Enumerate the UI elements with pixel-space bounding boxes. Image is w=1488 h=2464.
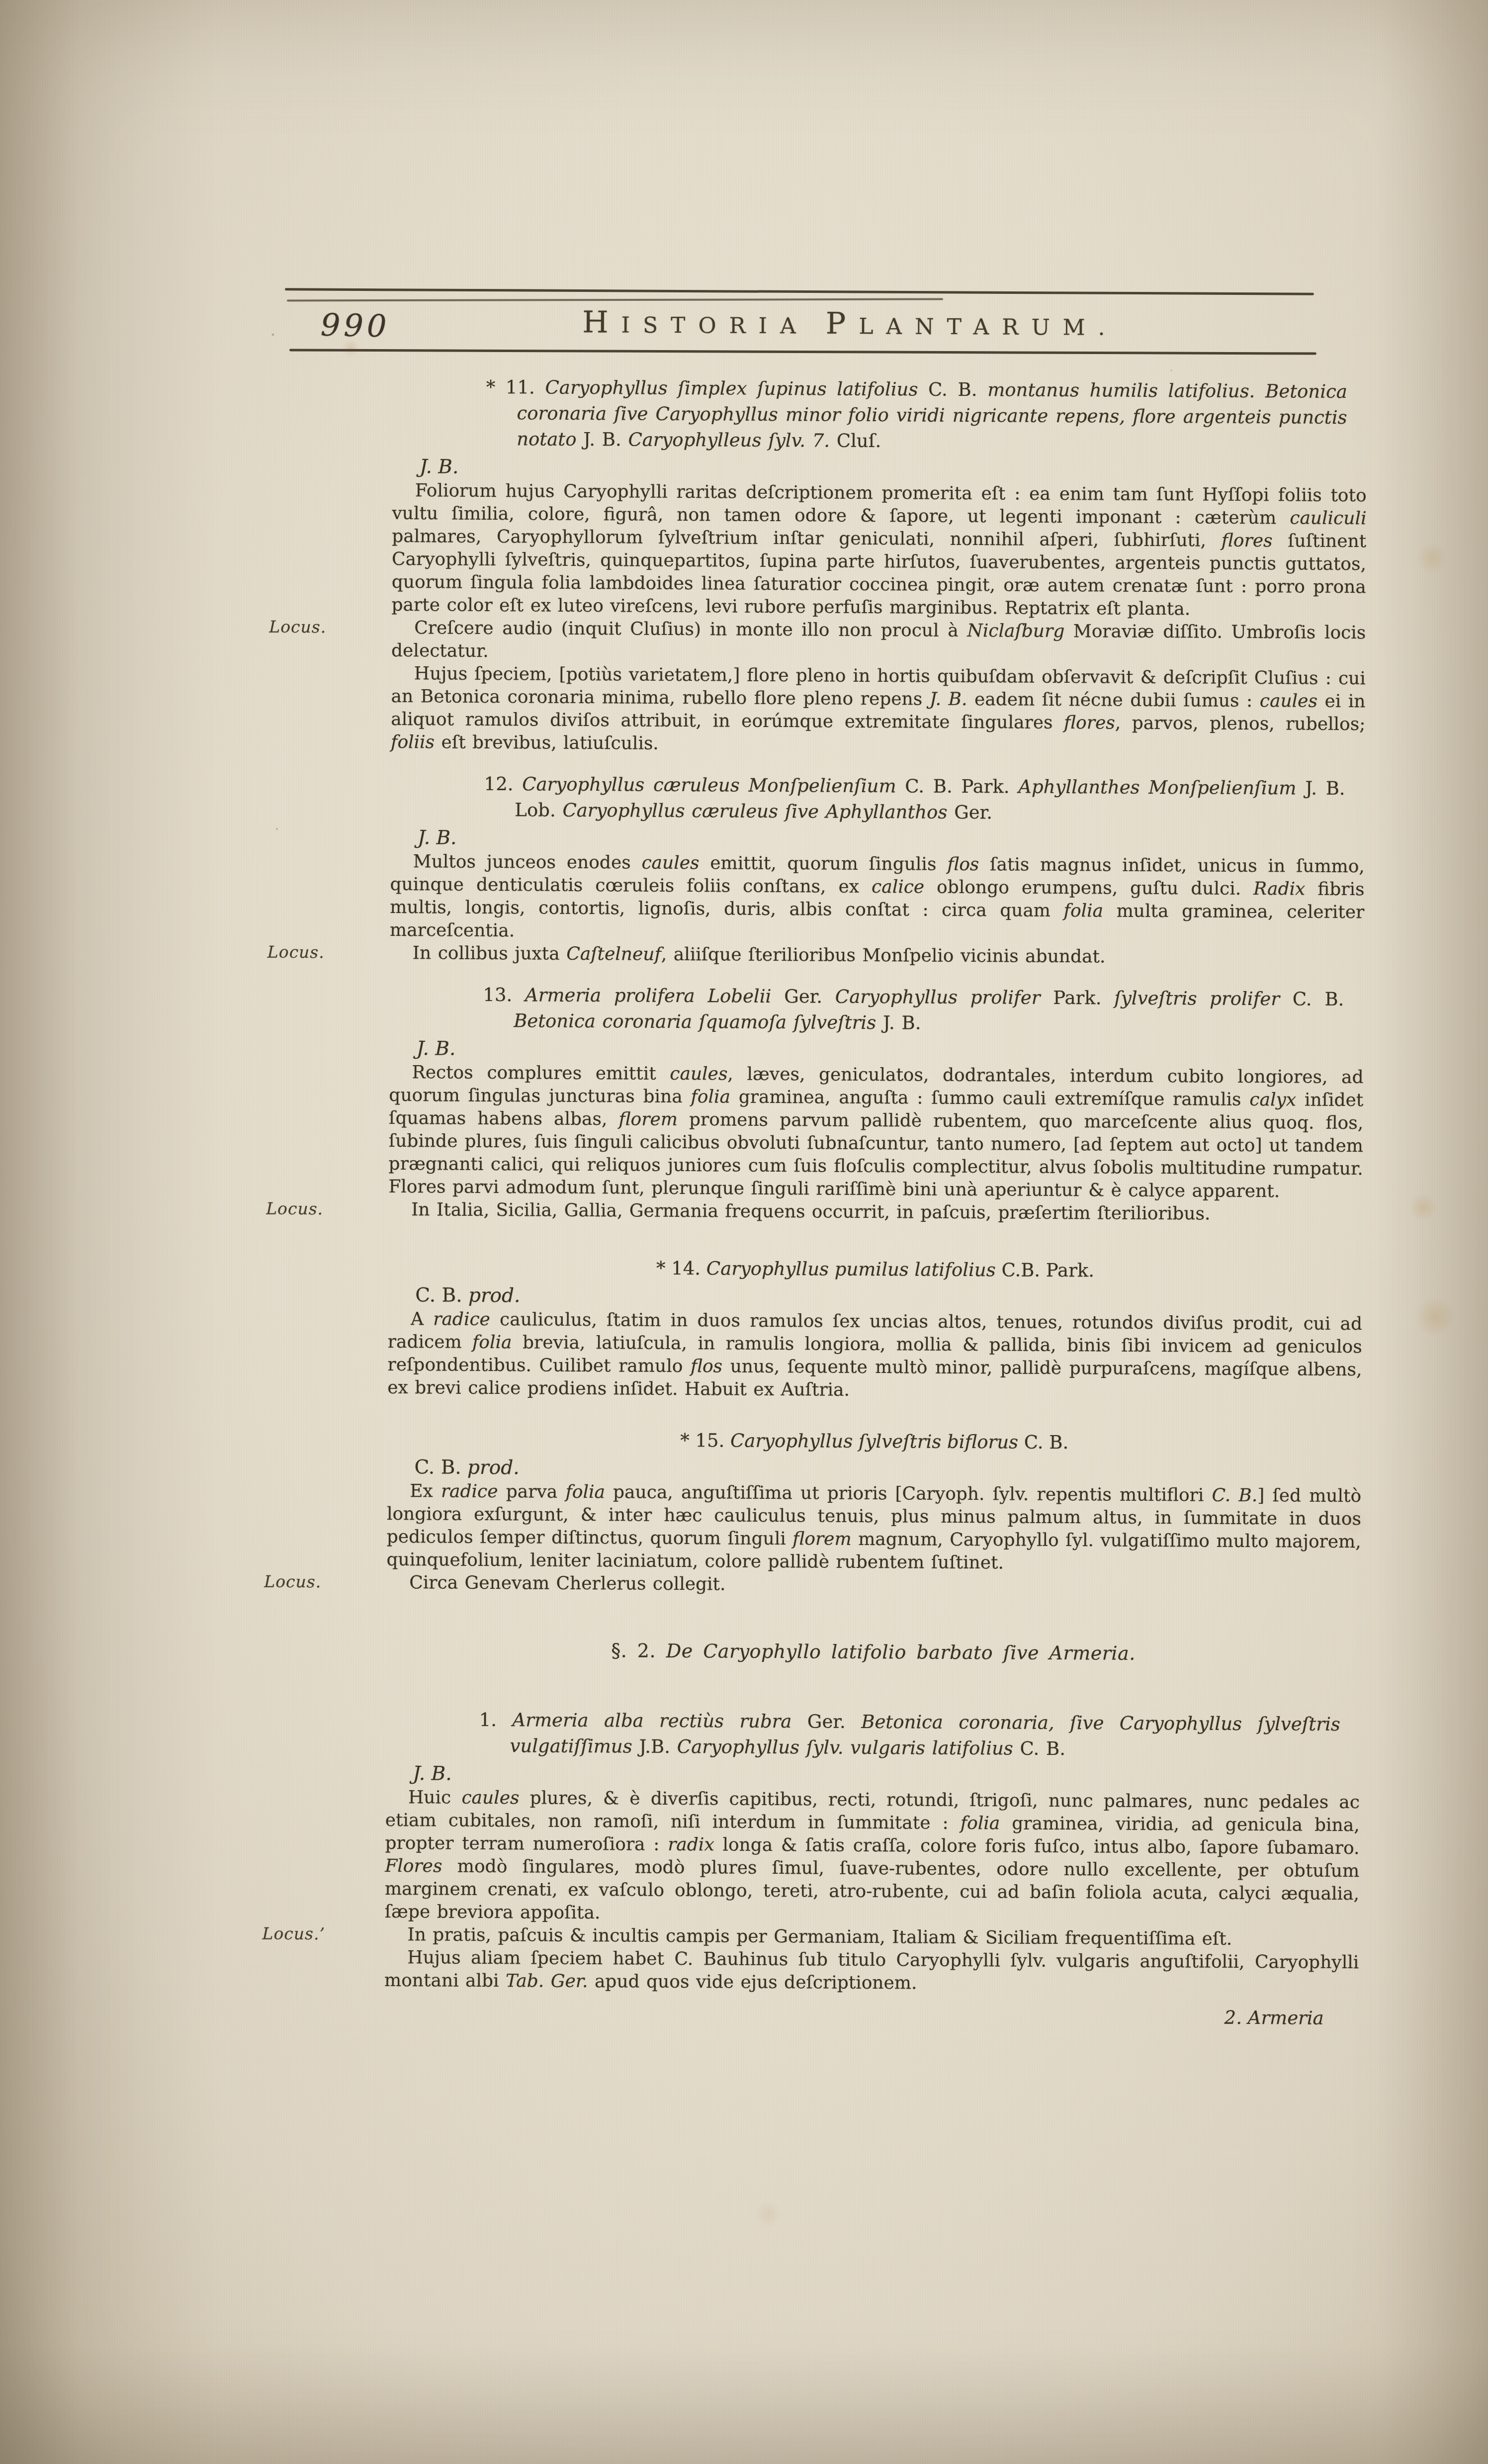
section-heading-2: §. 2. De Caryophyllo latifolio barbato ſ…	[386, 1636, 1360, 1668]
species-heading-14: * 14. Caryophyllus pumilus latifolius C.…	[388, 1254, 1362, 1285]
catchword: 2. Armeria	[384, 2002, 1359, 2030]
margin-note-locus-4: Locus.	[264, 1572, 373, 1592]
paragraph-description-15: Ex radice parva folia pauca, anguſtiſſim…	[386, 1480, 1361, 1576]
running-title: HISTORIA PLANTARUM.	[497, 304, 1203, 343]
paragraph-locus-13: Locus. In Italia, Sicilia, Gallia, Germa…	[388, 1198, 1363, 1226]
margin-note-locus-3: Locus.	[266, 1199, 375, 1219]
header-rule-bottom	[289, 349, 1316, 355]
paragraph-variety-11: Hujus ſpeciem, [potiùs varietatem,] flor…	[391, 662, 1366, 759]
ref-label-cbprod-2: C. B. prod.	[414, 1457, 1361, 1483]
paragraph-description-11: Foliorum hujus Caryophylli raritas deſcr…	[391, 479, 1366, 622]
header-rule-top	[285, 288, 1314, 295]
paragraph-description-13: Rectos complures emittit caules, læves, …	[388, 1061, 1363, 1203]
species-heading-15: * 15. Caryophyllus ſylveſtris biflorus C…	[387, 1426, 1362, 1457]
margin-note-locus-5: Locus.’	[262, 1924, 371, 1944]
paragraph-bauhinus-note: Hujus aliam ſpeciem habet C. Bauhinus ſu…	[384, 1946, 1359, 1997]
margin-note-locus-2: Locus.	[267, 943, 377, 962]
species-heading-11: * 11. Caryophyllus ſimplex ſupinus latif…	[392, 374, 1367, 456]
paragraph-locus-12: Locus. In collibus juxta Caſtelneuf, ali…	[390, 942, 1364, 970]
species-heading-12: 12. Caryophyllus cæruleus Monſpelienſium…	[390, 771, 1365, 827]
text-column: * 11. Caryophyllus ſimplex ſupinus latif…	[384, 374, 1367, 2030]
header-rule-top-double	[287, 298, 943, 302]
ref-label-jb-1: J. B.	[420, 456, 1367, 483]
ref-label-jb-2: J. B.	[418, 827, 1365, 854]
margin-note-locus-1: Locus.	[269, 618, 378, 637]
paragraph-locus-15: Locus. Circa Genevam Cherlerus collegit.	[386, 1571, 1361, 1599]
scanned-book-page: { "colors": { "paper": "#e4dccb", "ink":…	[0, 0, 1488, 2464]
species-heading-13: 13. Armeria prolifera Lobelii Ger. Caryo…	[389, 982, 1364, 1038]
ref-label-jb-3: J. B.	[417, 1038, 1364, 1065]
page-scan-background: 990 HISTORIA PLANTARUM. * 11. Caryophyll…	[0, 0, 1488, 2464]
ref-label-jb-4: J. B.	[413, 1763, 1360, 1790]
paragraph-description-12: Multos junceos enodes caules emittit, qu…	[390, 850, 1365, 947]
paragraph-description-14: A radice cauliculus, ſtatim in duos ramu…	[387, 1308, 1362, 1404]
species-heading-armeria-1: 1. Armeria alba rectiùs rubra Ger. Beton…	[385, 1707, 1360, 1763]
ref-label-cbprod-1: C. B. prod.	[415, 1284, 1362, 1311]
paragraph-description-armeria-1: Huic caules plures, & è diverſis capitib…	[385, 1786, 1360, 1928]
page-number: 990	[320, 307, 390, 345]
paragraph-locus-11: Locus. Creſcere audio (inquit Cluſius) i…	[391, 617, 1366, 667]
